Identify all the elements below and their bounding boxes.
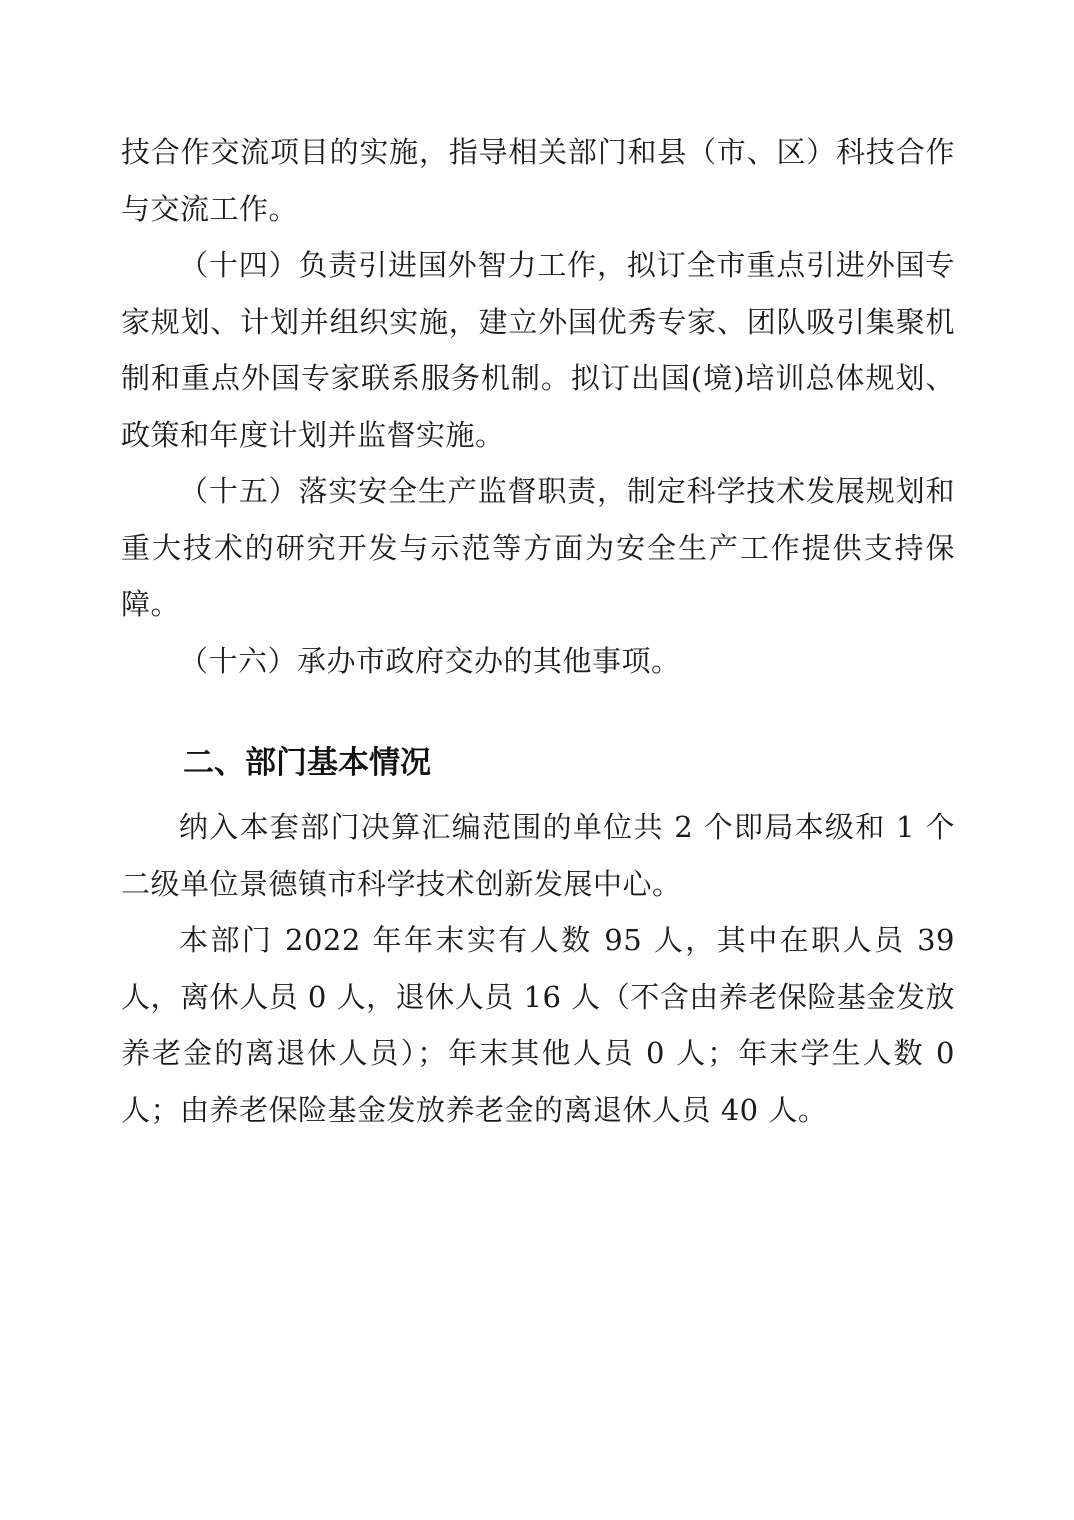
- paragraph-basic-info-units: 纳入本套部门决算汇编范围的单位共 2 个即局本级和 1 个二级单位景德镇市科学技…: [121, 799, 955, 912]
- paragraph-duty-14: （十四）负责引进国外智力工作，拟订全市重点引进外国专家规划、计划并组织实施，建立…: [121, 237, 955, 463]
- paragraph-basic-info-staff: 本部门 2022 年年末实有人数 95 人，其中在职人员 39 人，离休人员 0…: [121, 912, 955, 1138]
- paragraph-duty-15: （十五）落实安全生产监督职责，制定科学技术发展规划和重大技术的研究开发与示范等方…: [121, 463, 955, 633]
- document-page: { "page": { "background": "#ffffff", "te…: [0, 0, 1074, 1520]
- paragraph-duty-16: （十六）承办市政府交办的其他事项。: [121, 633, 955, 690]
- section-heading-basic-info: 二、部门基本情况: [121, 734, 955, 791]
- page-content: 技合作交流项目的实施，指导相关部门和县（市、区）科技合作与交流工作。 （十四）负…: [121, 124, 955, 1138]
- paragraph-duty-13-continuation: 技合作交流项目的实施，指导相关部门和县（市、区）科技合作与交流工作。: [121, 124, 955, 237]
